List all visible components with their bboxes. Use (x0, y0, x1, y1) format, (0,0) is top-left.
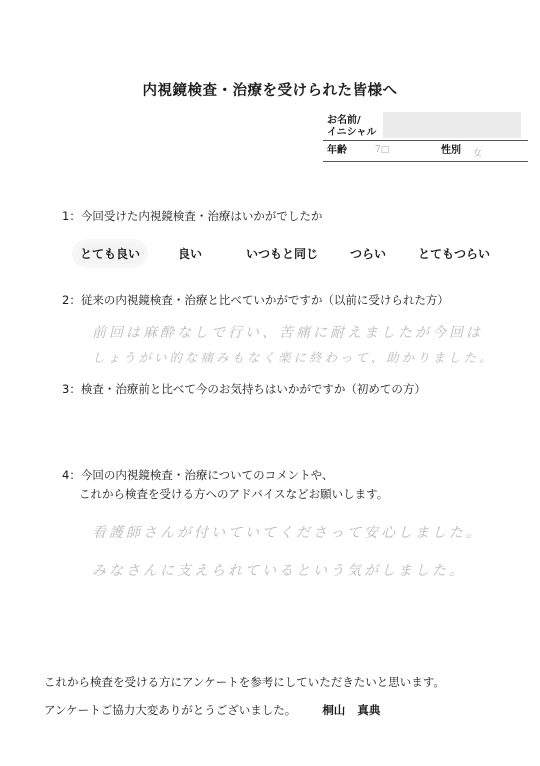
name-value-redacted (383, 112, 521, 138)
question-3: 3：検査・治療前と比べて今のお気持ちはいかがですか（初めての方） (62, 381, 426, 397)
question-4-answer-line2: みなさんに支えられているという気がしました。 (92, 560, 466, 580)
option-hard[interactable]: つらい (350, 245, 386, 262)
question-3-text: 検査・治療前と比べて今のお気持ちはいかがですか（初めての方） (81, 382, 426, 396)
question-3-number: 3： (62, 382, 81, 396)
signer-name: 桐山 真典 (322, 703, 380, 717)
question-1-number: 1： (62, 209, 81, 223)
question-4-text-line1: 今回の内視鏡検査・治療についてのコメントや、 (81, 468, 334, 482)
question-4-number: 4： (62, 468, 81, 482)
page-title: 内視鏡検査・治療を受けられた皆様へ (0, 79, 540, 100)
option-same-as-usual[interactable]: いつもと同じ (246, 245, 318, 262)
option-very-hard[interactable]: とてもつらい (418, 245, 490, 262)
question-2-text: 従来の内視鏡検査・治療と比べていかがですか（以前に受けられた方） (81, 293, 449, 307)
age-value: 7□ (375, 145, 389, 155)
closing-thanks: アンケートご協力大変ありがとうございました。 (44, 703, 296, 717)
name-label-line2: イニシャル (327, 127, 376, 139)
question-4-text-line2: これから検査を受ける方へのアドバイスなどお願いします。 (62, 485, 388, 504)
option-good[interactable]: 良い (178, 245, 202, 262)
closing-line2: アンケートご協力大変ありがとうございました。桐山 真典 (44, 702, 380, 718)
sex-value: 女 (473, 146, 482, 159)
name-label: お名前/ イニシャル (327, 115, 376, 139)
age-label: 年齢 (327, 145, 347, 157)
question-2: 2：従来の内視鏡検査・治療と比べていかがですか（以前に受けられた方） (62, 292, 449, 308)
option-very-good[interactable]: とても良い (76, 243, 144, 264)
question-4-answer-line1: 看護師さんが付いていてくださって安心しました。 (92, 522, 483, 542)
question-1-text: 今回受けた内視鏡検査・治療はいかがでしたか (81, 209, 323, 223)
question-2-answer-line2: しょうがい的な痛みもなく楽に終わって、助かりました。 (92, 348, 495, 366)
name-label-line1: お名前/ (327, 115, 376, 127)
question-4: 4：今回の内視鏡検査・治療についてのコメントや、 これから検査を受ける方へのアド… (62, 466, 388, 504)
age-sex-row: 年齢 7□ 性別 女 (323, 141, 528, 162)
question-2-number: 2： (62, 293, 81, 307)
question-2-answer-line1: 前回は麻酔なしで行い、苦痛に耐えましたが今回は (92, 322, 483, 342)
closing-line1: これから検査を受ける方にアンケートを参考にしていただきたいと思います。 (44, 674, 445, 690)
question-1: 1：今回受けた内視鏡検査・治療はいかがでしたか (62, 208, 322, 224)
sex-label: 性別 (441, 145, 461, 157)
name-row: お名前/ イニシャル (323, 110, 528, 141)
respondent-info: お名前/ イニシャル 年齢 7□ 性別 女 (323, 110, 528, 162)
